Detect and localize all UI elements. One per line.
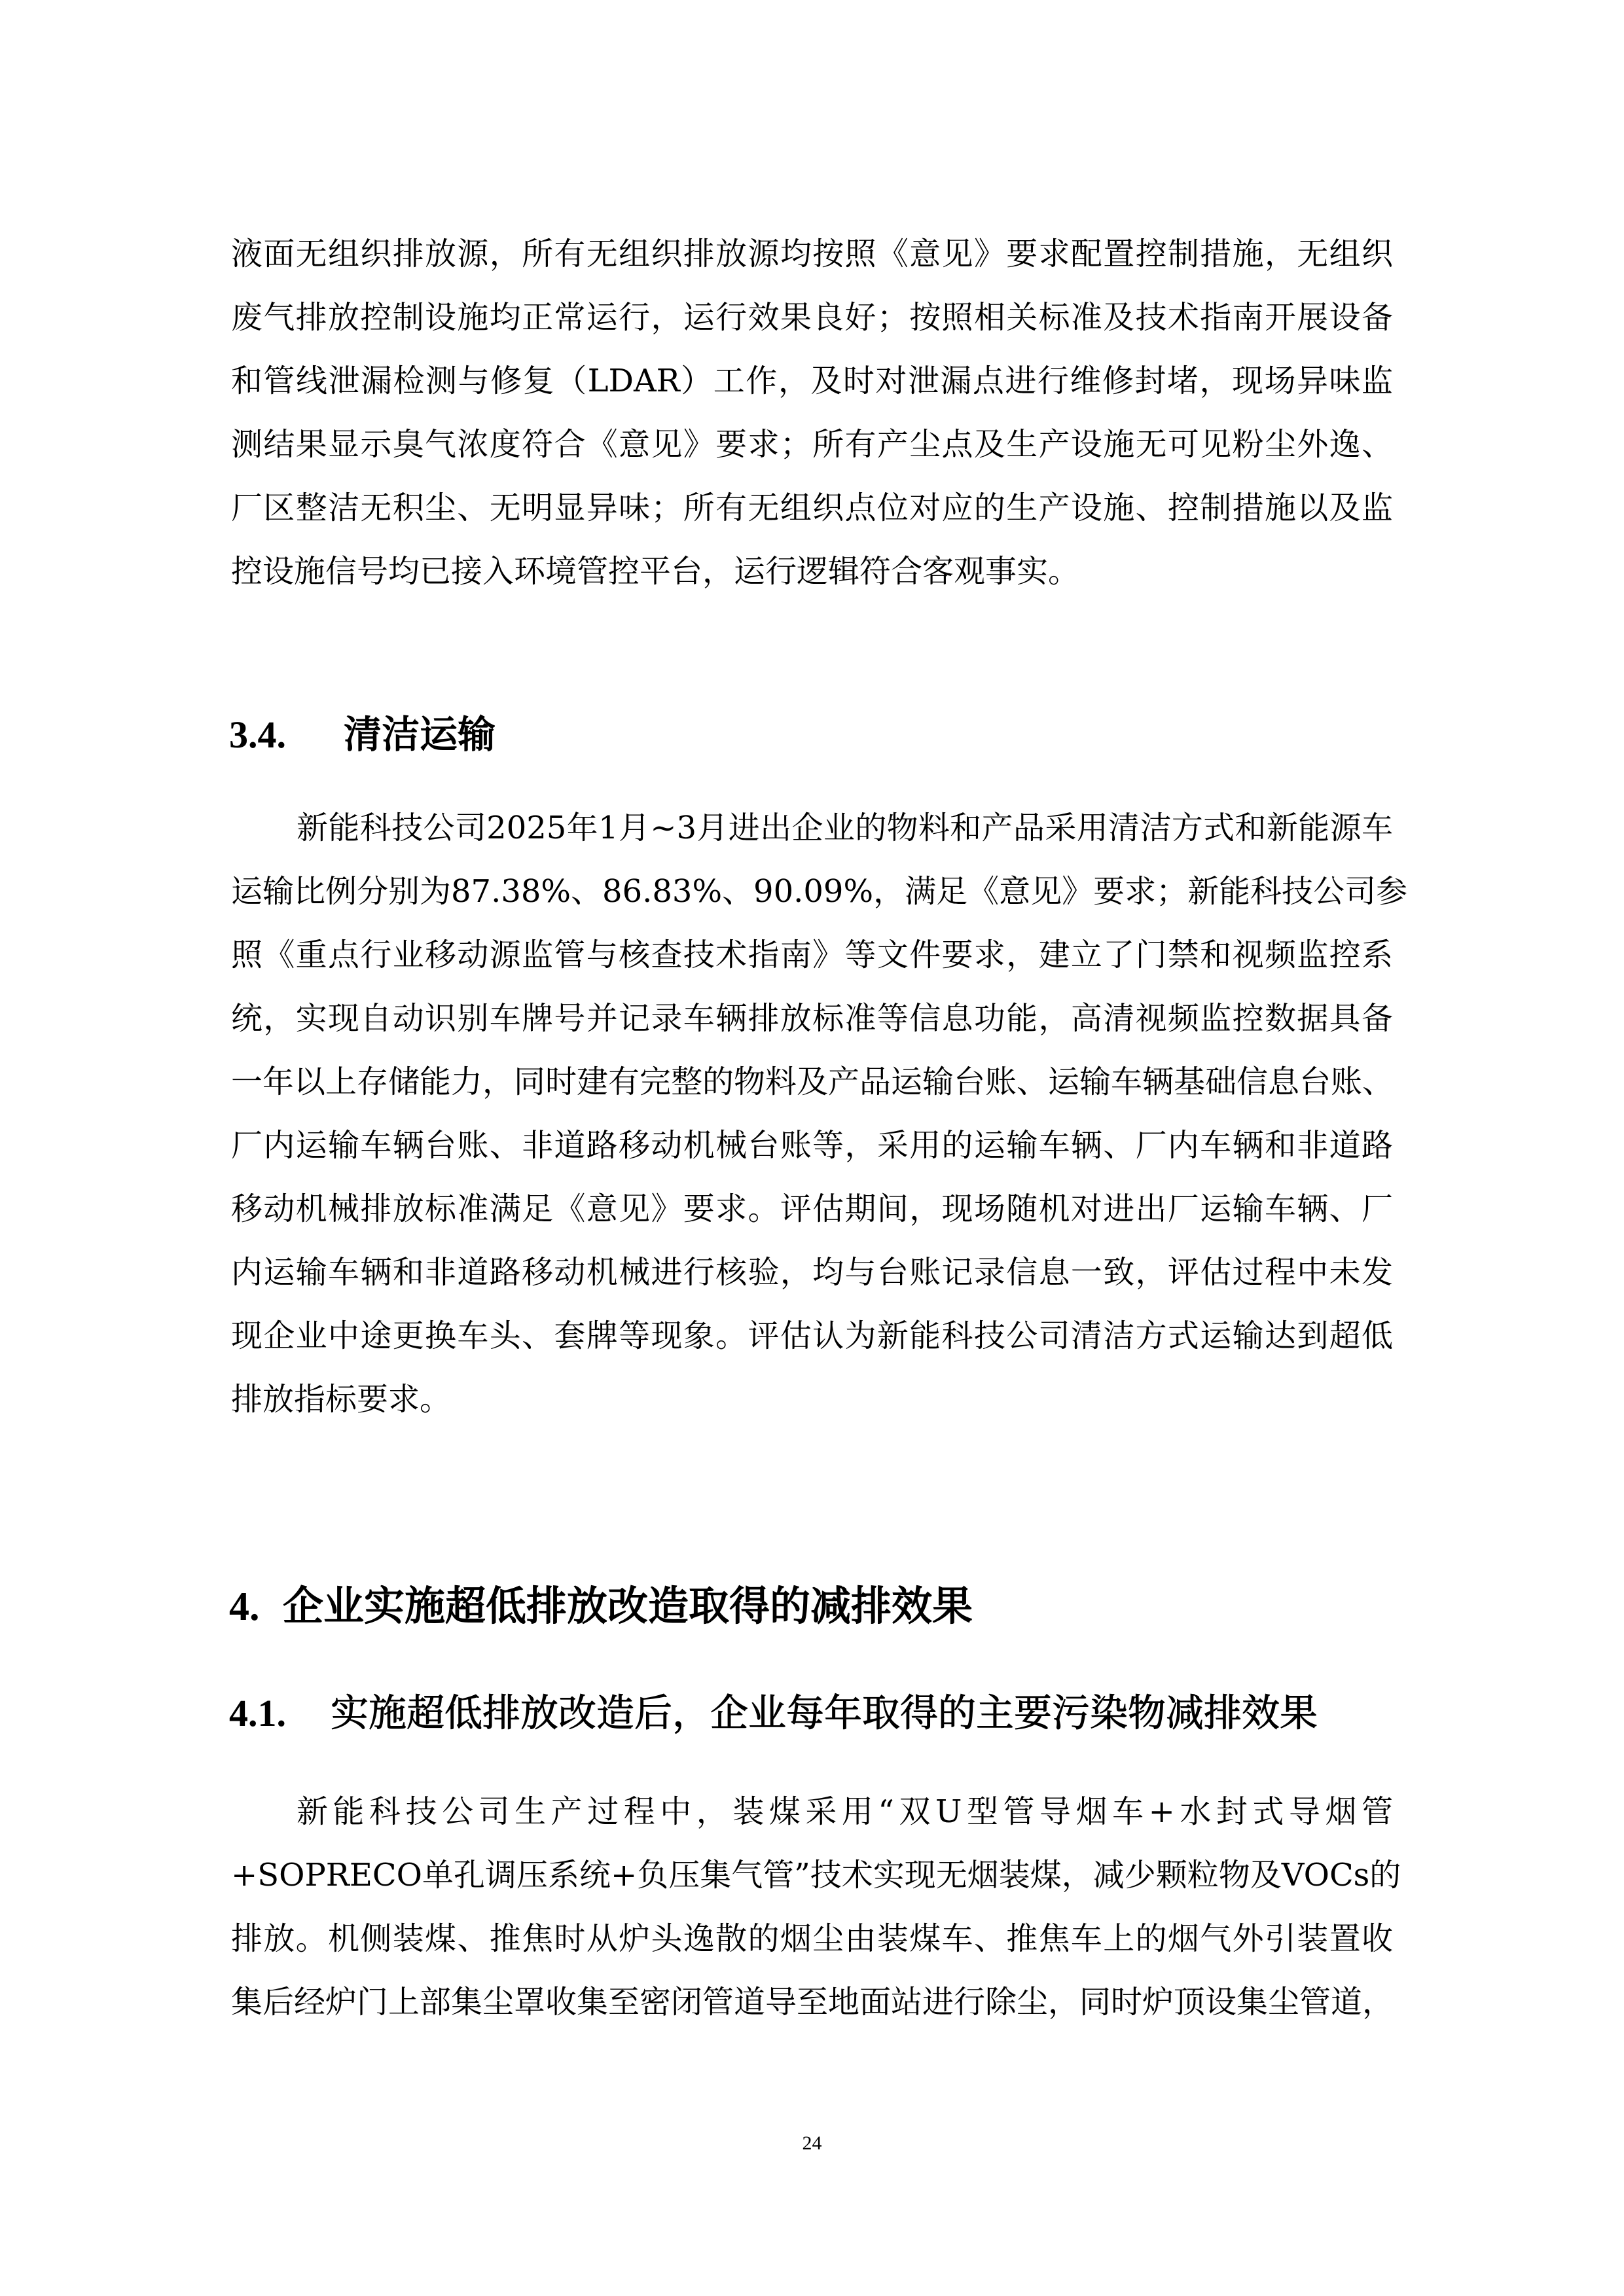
paragraph-line: +SOPRECO单孔调压系统+负压集气管”技术实现无烟装煤，减少颗粒物及VOCs… [231,1844,1393,1907]
chapter-heading-4: 4.企业实施超低排放改造取得的减排效果 [229,1582,973,1631]
section-heading-4-1: 4.1.实施超低排放改造后，企业每年取得的主要污染物减排效果 [229,1690,1318,1736]
section-title: 清洁运输 [344,712,496,757]
paragraph-line: 厂内运输车辆台账、非道路移动机械台账等，采用的运输车辆、厂内车辆和非道路 [231,1114,1393,1177]
paragraph-line: 废气排放控制设施均正常运行，运行效果良好；按照相关标准及技术指南开展设备 [231,286,1393,350]
paragraph-line: 液面无组织排放源，所有无组织排放源均按照《意见》要求配置控制措施，无组织 [231,223,1393,286]
section-3-4-paragraph: 新能科技公司2025年1月~3月进出企业的物料和产品采用清洁方式和新能源车 运输… [231,797,1393,1431]
paragraph-line: 运输比例分别为87.38%、86.83%、90.09%，满足《意见》要求；新能科… [231,860,1393,924]
paragraph-line: 测结果显示臭气浓度符合《意见》要求；所有产尘点及生产设施无可见粉尘外逸、 [231,413,1393,476]
paragraph-line: 控设施信号均已接入环境管控平台，运行逻辑符合客观事实。 [231,540,1393,603]
section-heading-3-4: 3.4.清洁运输 [229,711,496,758]
section-4-1-paragraph: 新能科技公司生产过程中，装煤采用“双U型管导烟车+水封式导烟管 +SOPRECO… [231,1780,1393,2034]
chapter-number: 4. [229,1583,283,1631]
section-number: 4.1. [229,1691,331,1736]
continued-paragraph: 液面无组织排放源，所有无组织排放源均按照《意见》要求配置控制措施，无组织 废气排… [231,223,1393,603]
paragraph-line: 统，实现自动识别车牌号并记录车辆排放标准等信息功能，高清视频监控数据具备 [231,987,1393,1050]
page-number: 24 [0,2130,1624,2157]
document-page: 液面无组织排放源，所有无组织排放源均按照《意见》要求配置控制措施，无组织 废气排… [0,0,1624,2296]
paragraph-line: 集后经炉门上部集尘罩收集至密闭管道导至地面站进行除尘，同时炉顶设集尘管道， [231,1971,1393,2034]
paragraph-line: 厂区整洁无积尘、无明显异味；所有无组织点位对应的生产设施、控制措施以及监 [231,476,1393,540]
paragraph-line: 和管线泄漏检测与修复（LDAR）工作，及时对泄漏点进行维修封堵，现场异味监 [231,350,1393,413]
paragraph-line: 新能科技公司生产过程中，装煤采用“双U型管导烟车+水封式导烟管 [231,1780,1393,1844]
section-number: 3.4. [229,712,344,758]
paragraph-line: 排放指标要求。 [231,1368,1393,1431]
paragraph-line: 现企业中途更换车头、套牌等现象。评估认为新能科技公司清洁方式运输达到超低 [231,1304,1393,1368]
paragraph-line: 移动机械排放标准满足《意见》要求。评估期间，现场随机对进出厂运输车辆、厂 [231,1177,1393,1241]
paragraph-line: 排放。机侧装煤、推焦时从炉头逸散的烟尘由装煤车、推焦车上的烟气外引装置收 [231,1907,1393,1971]
paragraph-line: 一年以上存储能力，同时建有完整的物料及产品运输台账、运输车辆基础信息台账、 [231,1050,1393,1114]
chapter-title: 企业实施超低排放改造取得的减排效果 [283,1582,973,1630]
paragraph-line: 内运输车辆和非道路移动机械进行核验，均与台账记录信息一致，评估过程中未发 [231,1241,1393,1304]
paragraph-line: 新能科技公司2025年1月~3月进出企业的物料和产品采用清洁方式和新能源车 [231,797,1393,860]
paragraph-line: 照《重点行业移动源监管与核查技术指南》等文件要求，建立了门禁和视频监控系 [231,924,1393,987]
section-title: 实施超低排放改造后，企业每年取得的主要污染物减排效果 [331,1691,1318,1735]
